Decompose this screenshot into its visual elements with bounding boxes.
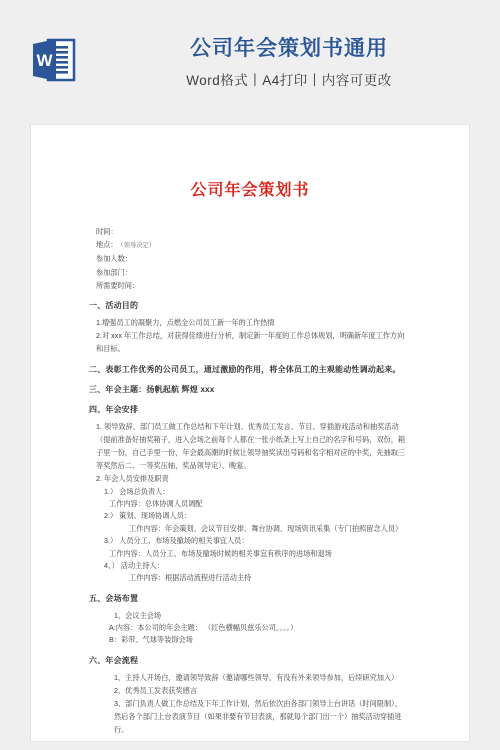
doc-subitem-detail: 工作内容：年会策划、会议节目安排、舞台协调、现场资讯采集（专门拍照留念人员） <box>129 523 409 535</box>
doc-paragraph: 2. 年会人员安排及职责 <box>96 472 409 485</box>
svg-text:W: W <box>36 51 53 70</box>
doc-section-heading: 一、活动目的 <box>89 300 409 312</box>
doc-subitem: 3.） 人员分工、布场及撤场的相关事宜人员： <box>104 535 409 547</box>
doc-meta-location: 地点：（领导决定） <box>96 238 409 252</box>
word-icon: W <box>28 35 78 85</box>
doc-list-item: 1、会议主会场 <box>114 609 409 622</box>
doc-subitem: 4、） 活动主持人： <box>104 560 409 572</box>
doc-section-heading: 六、年会流程 <box>89 655 409 667</box>
doc-section-heading: 三、年会主题：扬帆起航 辉煌 xxx <box>89 384 409 396</box>
doc-section-heading: 四、年会安排 <box>89 404 409 416</box>
doc-meta-location-note: （领导决定） <box>121 242 156 249</box>
doc-subitem-detail: 工作内容：根据活动流程进行活动主持 <box>129 572 409 584</box>
document-page: 公司年会策划书 时间： 地点：（领导决定） 参加人数： 参加部门： 所需要时间：… <box>30 124 470 742</box>
doc-meta-duration: 所需要时间： <box>96 279 409 292</box>
doc-subitem-detail: 工作内容：人员分工、布场及撤场时候的相关事宜有秩序的进场和退场 <box>109 548 409 560</box>
doc-list-item: 3、部门负责人做工作总结及下年工作计划，然后依次由各部门领导上台讲话（时间限制）… <box>114 697 409 736</box>
doc-subitem-detail: B：彩带、气球等装饰会场 <box>109 634 409 646</box>
doc-subitem: 2.） 策划、现场协调人员： <box>104 510 409 522</box>
template-title: 公司年会策划书通用 <box>190 36 388 62</box>
doc-paragraph: 1. 领导致辞、部门员工做工作总结和下年计划、优秀员工发言、节目、穿插游戏活动和… <box>96 420 409 473</box>
doc-title: 公司年会策划书 <box>91 177 409 200</box>
doc-section-heading: 五、会场布置 <box>89 593 409 605</box>
doc-meta-time: 时间： <box>96 225 409 238</box>
doc-paragraph: 2.对 xxx 年工作总结，对获得佳绩进行分析，制定新一年度的工作总体规划，明确… <box>96 329 409 355</box>
doc-meta-attendees: 参加人数： <box>96 252 409 265</box>
page-header: W 公司年会策划书通用 Word格式丨A4打印丨内容可更改 <box>0 0 500 124</box>
doc-subitem: 1.） 会场总负责人： <box>104 486 409 498</box>
doc-subitem-detail: A:内容：本公司的年会主题： （红色横幅贝兹乐公司，。。。） <box>109 622 409 634</box>
template-subtitle: Word格式丨A4打印丨内容可更改 <box>186 69 392 89</box>
header-text-block: 公司年会策划书通用 Word格式丨A4打印丨内容可更改 <box>78 36 500 89</box>
doc-list-item: 1、主持人开场白，邀请领导致辞（邀请哪些领导，有没有外来领导参加，后续研究加入） <box>114 671 409 684</box>
doc-subitem-detail: 工作内容：总体协调人员调配 <box>109 498 409 510</box>
doc-list-item: 2、优秀员工发表获奖感言 <box>114 684 409 697</box>
doc-meta-departments: 参加部门： <box>96 266 409 279</box>
doc-paragraph: 1.增强员工的凝聚力，点燃全公司员工新一年的工作热情 <box>96 316 409 329</box>
doc-section-heading: 二、表彰工作优秀的公司员工，通过激励的作用，将全体员工的主观能动性调动起来。 <box>89 364 409 376</box>
